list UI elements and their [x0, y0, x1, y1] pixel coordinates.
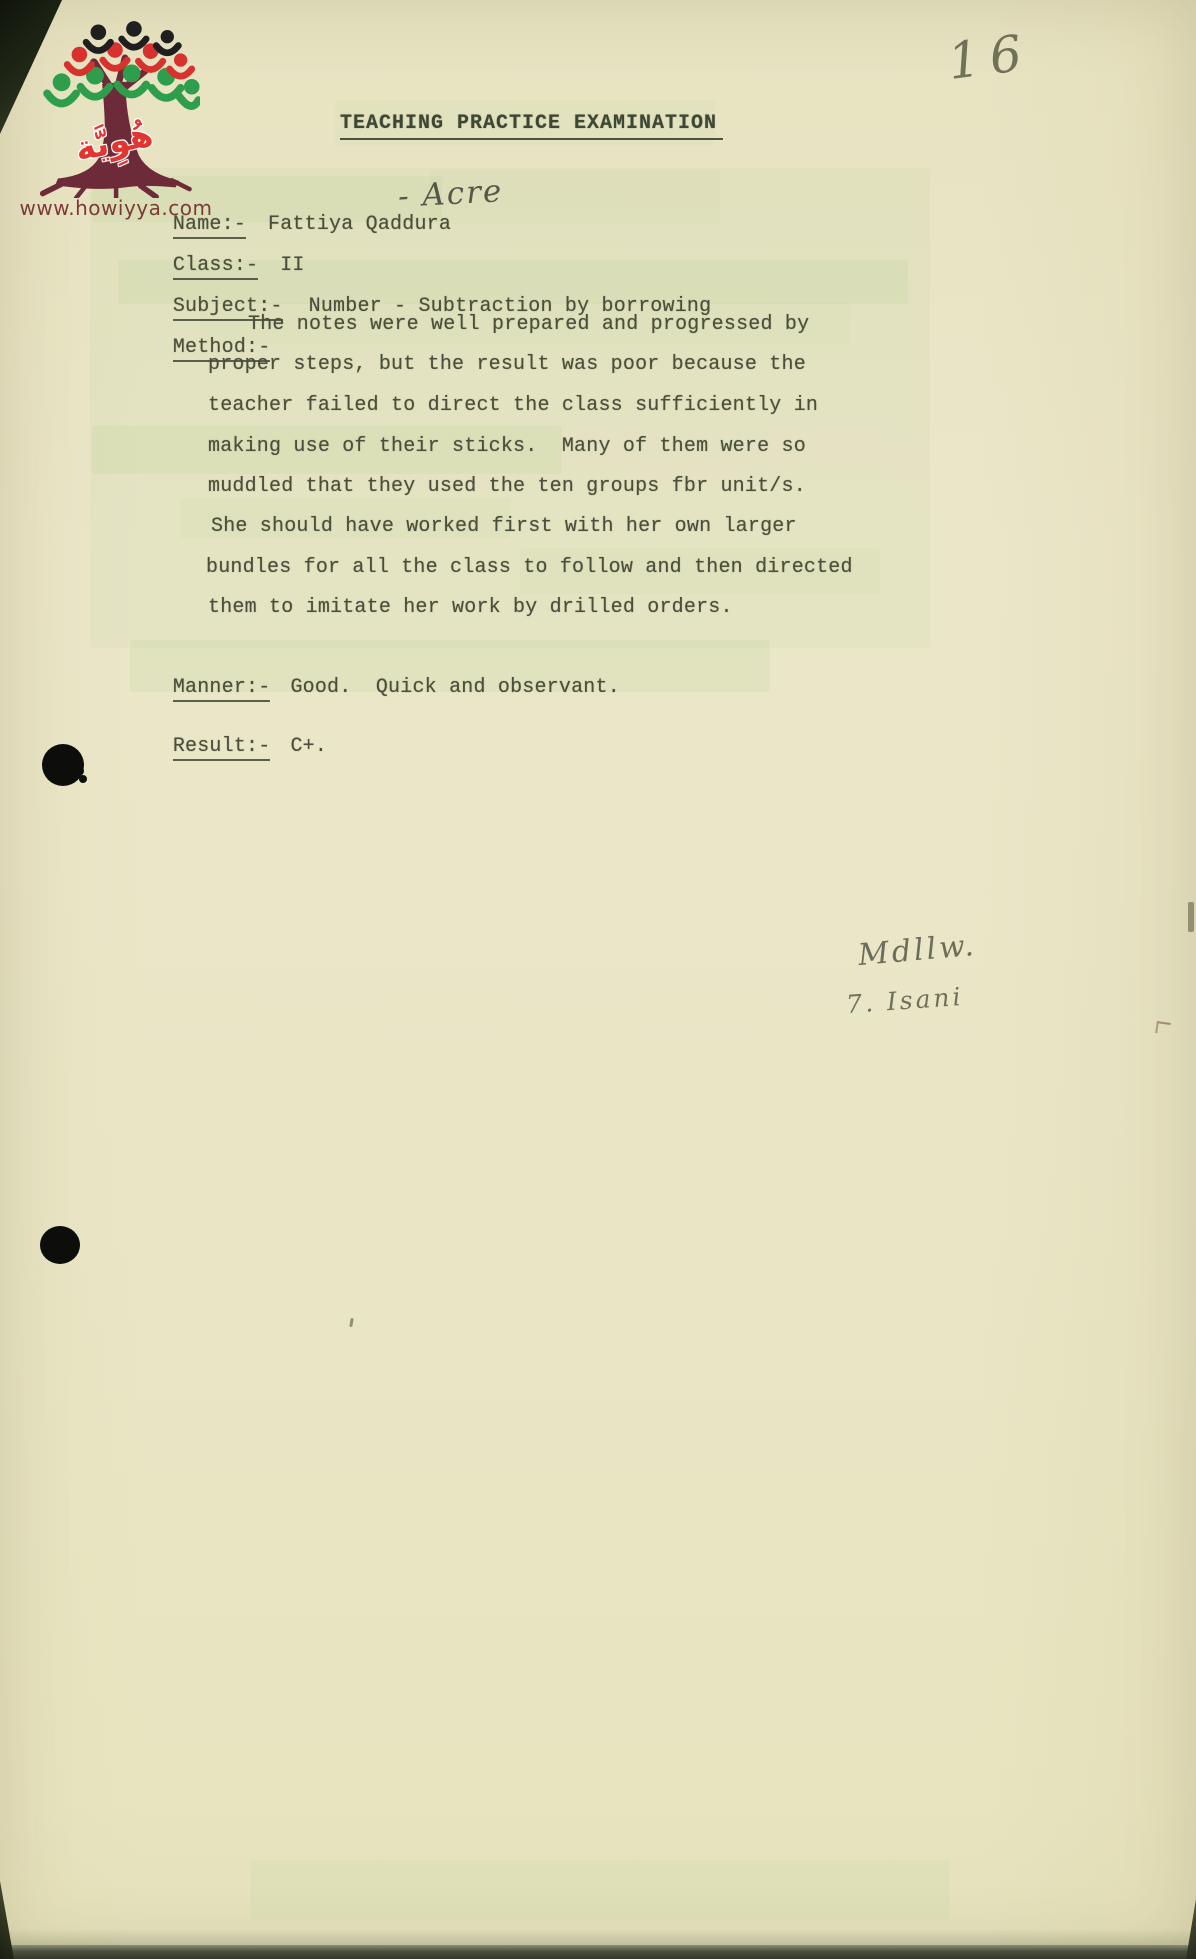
scan-corner-artifact	[0, 1881, 14, 1959]
result-row: Result:-C+.	[124, 712, 327, 784]
method-line: muddled that they used the ten groups fb…	[208, 475, 806, 498]
scan-tint	[250, 1860, 950, 1920]
hole-punch	[42, 744, 84, 786]
result-value: C+.	[290, 735, 327, 758]
method-line: bundles for all the class to follow and …	[206, 556, 853, 579]
signature-line-1: Mdllw.	[857, 928, 978, 973]
handwritten-page-number: 16	[945, 23, 1035, 91]
method-line: proper steps, but the result was poor be…	[208, 353, 806, 376]
scan-speck	[349, 1318, 354, 1327]
signature-line-2: 7. Isani	[845, 982, 964, 1019]
hole-punch	[40, 1226, 80, 1264]
method-line: teacher failed to direct the class suffi…	[208, 394, 818, 417]
tree-of-people-logo-icon	[30, 20, 200, 198]
method-line: making use of their sticks. Many of them…	[208, 435, 806, 458]
scan-margin-mark	[1188, 902, 1194, 932]
method-line: She should have worked first with her ow…	[211, 515, 797, 538]
scan-bottom-edge	[0, 1945, 1196, 1959]
name-handwritten-place: - Acre	[397, 173, 504, 214]
scan-margin-mark	[1155, 1021, 1171, 1035]
manner-label: Manner:-	[173, 676, 271, 702]
document-title: TEACHING PRACTICE EXAMINATION	[340, 112, 723, 140]
scan-edge-shadow	[0, 1929, 1196, 1945]
manner-value: Good. Quick and observant.	[290, 676, 619, 699]
method-line: them to imitate her work by drilled orde…	[208, 596, 733, 619]
method-line: The notes were well prepared and progres…	[248, 313, 809, 336]
result-label: Result:-	[173, 735, 271, 761]
scanned-document-page: هُوِيَّة www.howiyya.com 16 TEACHING PRA…	[0, 0, 1196, 1959]
